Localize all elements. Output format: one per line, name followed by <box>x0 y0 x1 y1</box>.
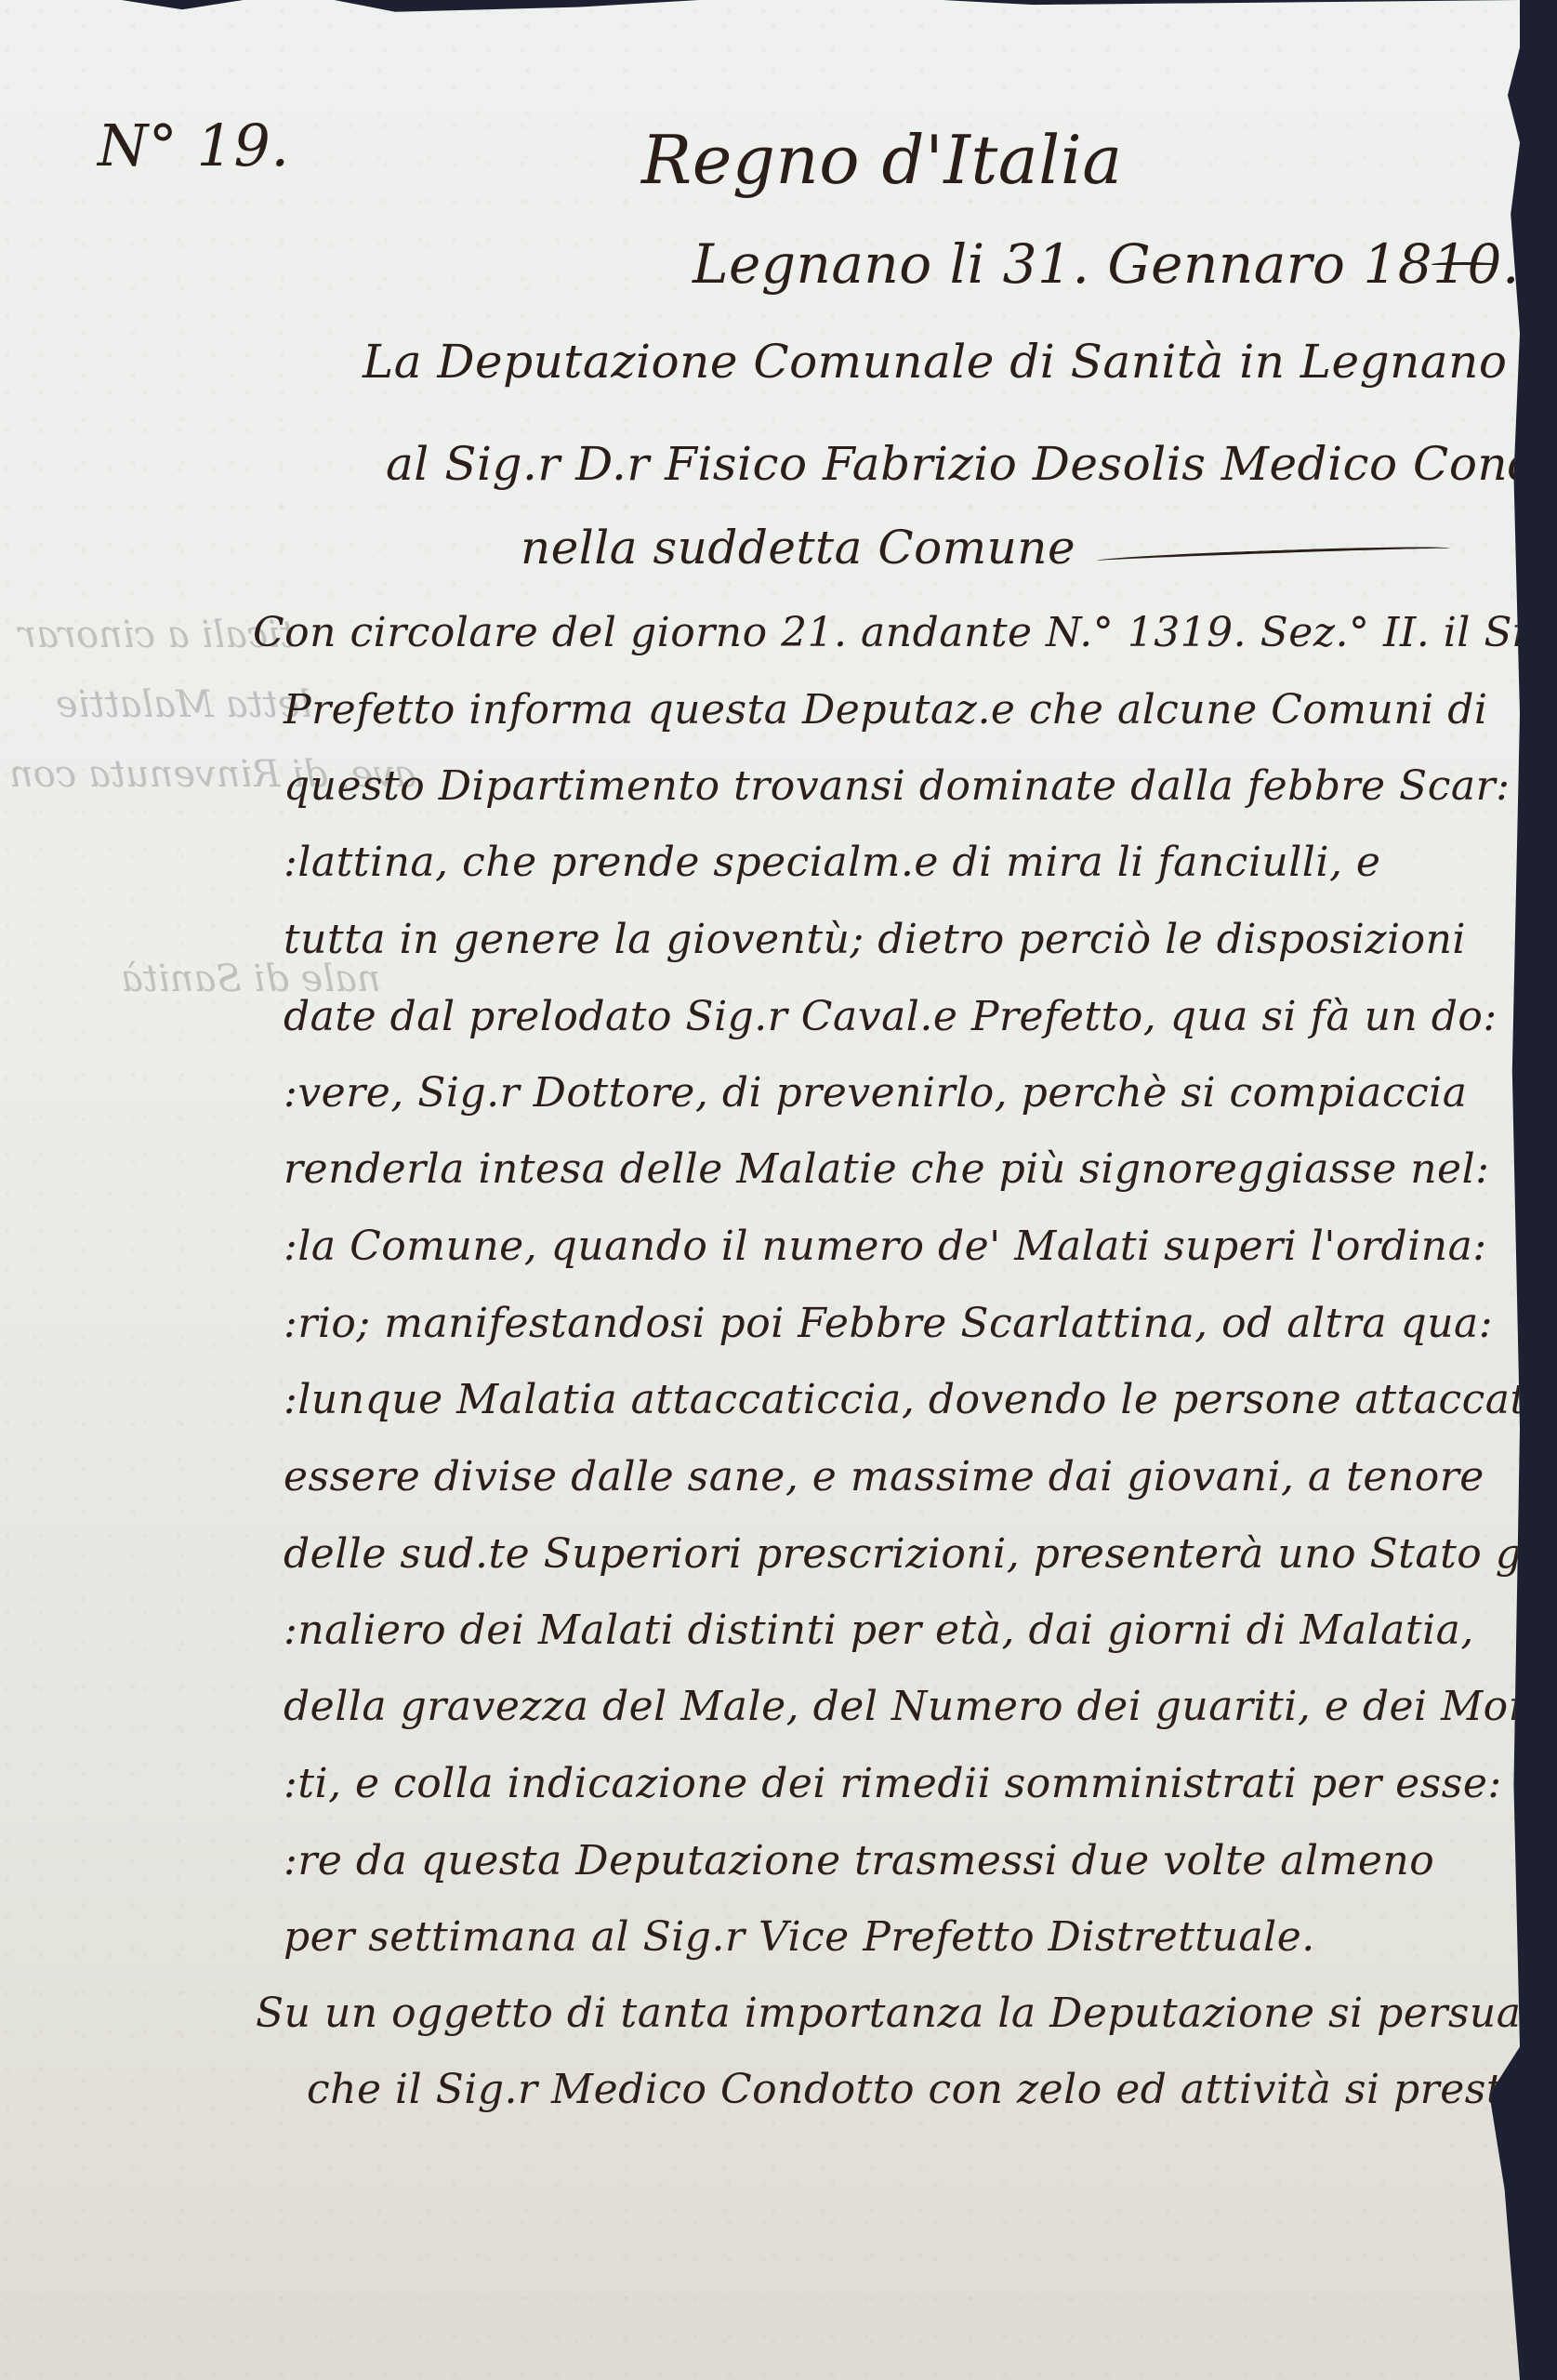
body-line: essere divise dalle sane, e massime dai … <box>284 1453 1484 1501</box>
body-line: :re da questa Deputazione trasmessi due … <box>284 1837 1434 1884</box>
sender-line: La Deputazione Comunale di Sanità in Leg… <box>363 335 1507 389</box>
flourish-underline <box>1097 544 1450 564</box>
body-line: :lattina, che prende specialm.e di mira … <box>284 839 1380 886</box>
body-line: :rio; manifestandosi poi Febbre Scarlatt… <box>284 1300 1493 1347</box>
recipient-line: al Sig.r D.r Fisico Fabrizio Desolis Med… <box>386 437 1557 491</box>
body-line: :ti, e colla indicazione dei rimedii som… <box>284 1760 1502 1807</box>
body-line: :vere, Sig.r Dottore, di prevenirlo, per… <box>284 1069 1467 1117</box>
body-line: :naliero dei Malati distinti per età, da… <box>284 1606 1474 1654</box>
body-line: Con circolare del giorno 21. andante N.°… <box>253 609 1557 656</box>
body-line: per settimana al Sig.r Vice Prefetto Dis… <box>284 1913 1315 1961</box>
recipient-location-line: nella suddetta Comune <box>521 521 1075 575</box>
document-heading: Regno d'Italia <box>641 121 1123 199</box>
body-line: date dal prelodato Sig.r Caval.e Prefett… <box>284 993 1498 1040</box>
body-line: della gravezza del Male, del Numero dei … <box>284 1683 1543 1730</box>
bleed-through-text: letta Malattie <box>56 683 311 726</box>
manuscript-page: ticali a cinorar letta Malattie ave, di … <box>0 0 1520 2380</box>
flourish-dash <box>1432 262 1497 267</box>
body-line: Prefetto informa questa Deputaz.e che al… <box>284 686 1487 734</box>
reference-number: N° 19. <box>98 112 290 179</box>
body-line: renderla intesa delle Malatie che più si… <box>284 1145 1490 1193</box>
body-line: :la Comune, quando il numero de' Malati … <box>284 1223 1487 1270</box>
body-line: delle sud.te Superiori prescrizioni, pre… <box>284 1530 1557 1578</box>
closing-line: Su un oggetto di tanta importanza la Dep… <box>256 1990 1557 2037</box>
closing-line: che il Sig.r Medico Condotto con zelo ed… <box>307 2066 1557 2113</box>
body-line: :lunque Malatia attaccaticcia, dovendo l… <box>284 1376 1551 1423</box>
body-line: tutta in genere la gioventù; dietro perc… <box>284 916 1466 963</box>
place-date: Legnano li 31. Gennaro 1810. <box>693 232 1520 296</box>
body-line: questo Dipartimento trovansi dominate da… <box>284 762 1510 810</box>
